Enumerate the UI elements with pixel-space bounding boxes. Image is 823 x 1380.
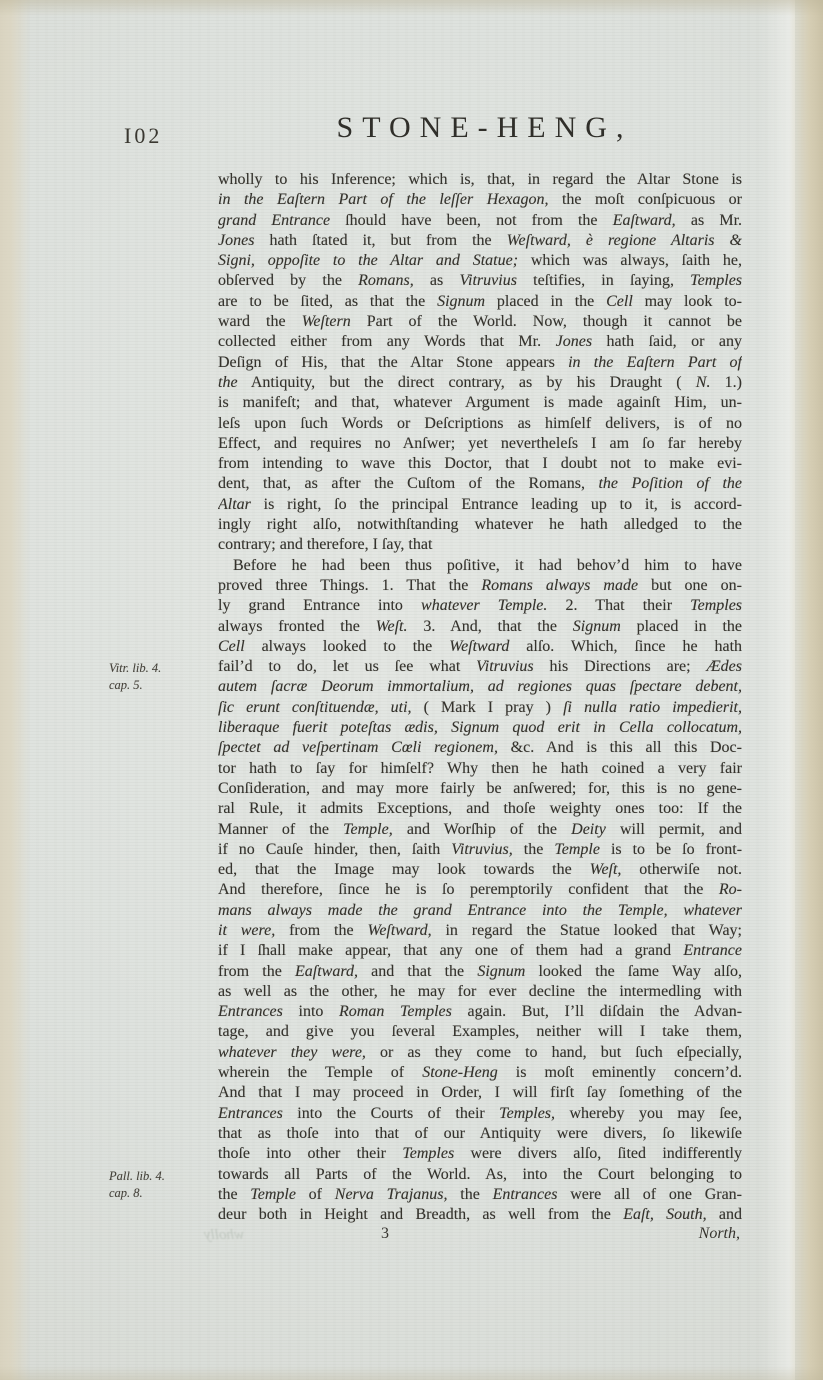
- signature-mark: 3: [381, 1225, 389, 1243]
- text-line: Conſideration, and may more fairly be an…: [218, 779, 742, 799]
- text-line: are to be ſited, as that the Signum plac…: [218, 292, 742, 312]
- page-edge-left-shading: [0, 0, 30, 1380]
- page-edge-right-shading: [789, 0, 823, 1380]
- text-line: Manner of the Temple, and Worſhip of the…: [218, 820, 742, 840]
- text-line: if I ſhall make appear, that any one of …: [218, 941, 742, 961]
- text-line: Signi, oppoſite to the Altar and Statue;…: [218, 251, 742, 271]
- text-line: from the Eaſtward, and that the Signum l…: [218, 962, 742, 982]
- text-line: wherein the Temple of Stone-Heng is moſt…: [218, 1063, 742, 1083]
- text-line: Altar is right, ſo the principal Entranc…: [218, 495, 742, 515]
- text-line: fail’d to do, let us ſee what Vitruvius …: [218, 657, 742, 677]
- text-line: that as thoſe into that of our Antiquity…: [218, 1124, 742, 1144]
- text-line: proved three Things. 1. That the Romans …: [218, 576, 742, 596]
- text-line: ward the Weſtern Part of the World. Now,…: [218, 312, 742, 332]
- text-line: as well as the other, he may for ever de…: [218, 982, 742, 1002]
- text-line: towards all Parts of the World. As, into…: [218, 1165, 742, 1185]
- text-line: ingly right alſo, notwithſtanding whatev…: [218, 515, 742, 535]
- page-edge-top-shading: [0, 0, 823, 16]
- margin-note-line: cap. 5.: [109, 677, 211, 694]
- text-line: And that I may proceed in Order, I will …: [218, 1083, 742, 1103]
- margin-note-palladio: Pall. lib. 4. cap. 8.: [109, 1168, 211, 1201]
- margin-note-line: Vitr. lib. 4.: [109, 660, 211, 677]
- margin-note-line: Pall. lib. 4.: [109, 1168, 211, 1185]
- text-line: whatever they were, or as they come to h…: [218, 1043, 742, 1063]
- text-line: the Antiquity, but the direct contrary, …: [218, 373, 742, 393]
- text-line: obſerved by the Romans, as Vitruvius teſ…: [218, 271, 742, 291]
- text-line: thoſe into other their Temples were dive…: [218, 1144, 742, 1164]
- margin-note-vitruvius: Vitr. lib. 4. cap. 5.: [109, 660, 211, 693]
- text-line: dent, that, as after the Cuſtom of the R…: [218, 474, 742, 494]
- text-line: Deſign of His, that the Altar Stone appe…: [218, 353, 742, 373]
- text-line: Jones hath ſtated it, but from the Weſtw…: [218, 231, 742, 251]
- text-line: wholly to his Inference; which is, that,…: [218, 170, 742, 190]
- text-line: mans always made the grand Entrance into…: [218, 901, 742, 921]
- text-line: always fronted the Weſt. 3. And, that th…: [218, 617, 742, 637]
- text-line: in the Eaſtern Part of the leſſer Hexago…: [218, 190, 742, 210]
- text-line: autem ſacræ Deorum immortalium, ad regio…: [218, 677, 742, 697]
- text-line: tage, and give you ſeveral Examples, nei…: [218, 1022, 742, 1042]
- text-line: Entrances into Roman Temples again. But,…: [218, 1002, 742, 1022]
- text-line: ſic erunt conſtituendæ, uti, ( Mark I pr…: [218, 698, 742, 718]
- text-line: Entrances into the Courts of their Templ…: [218, 1104, 742, 1124]
- text-line: deur both in Height and Breadth, as well…: [218, 1205, 742, 1225]
- text-line: collected either from any Words that Mr.…: [218, 332, 742, 352]
- text-line: leſs upon ſuch Words or Deſcriptions as …: [218, 414, 742, 434]
- body-text: wholly to his Inference; which is, that,…: [218, 170, 742, 1225]
- text-line: if no Cauſe hinder, then, ſaith Vitruviu…: [218, 840, 742, 860]
- text-line: contrary; and therefore, I ſay, that: [218, 535, 742, 555]
- text-line: grand Entrance ſhould have been, not fro…: [218, 211, 742, 231]
- text-line: Effect, and requires no Anſwer; yet neve…: [218, 434, 742, 454]
- text-line: Before he had been thus poſitive, it had…: [218, 556, 742, 576]
- text-line: ed, that the Image may look towards the …: [218, 860, 742, 880]
- page-title: STONE-HENG,: [218, 111, 742, 145]
- page-edge-bottom-shading: [0, 1366, 823, 1380]
- catchword: North,: [699, 1225, 740, 1243]
- text-line: is manifeſt; and that, whatever Argument…: [218, 393, 742, 413]
- page-number: I02: [124, 123, 162, 149]
- text-line: liberaque fuerit poteſtas ædis, Signum q…: [218, 718, 742, 738]
- text-line: the Temple of Nerva Trajanus, the Entran…: [218, 1185, 742, 1205]
- text-line: it were, from the Weſtward, in regard th…: [218, 921, 742, 941]
- text-line: tor hath to ſay for himſelf? Why then he…: [218, 759, 742, 779]
- text-line: ſpectet ad veſpertinam Cœli regionem, &c…: [218, 738, 742, 758]
- text-line: And therefore, ſince he is ſo peremptori…: [218, 880, 742, 900]
- text-line: ly grand Entrance into whatever Temple. …: [218, 596, 742, 616]
- page-footer: 3 North,: [218, 1225, 742, 1249]
- text-line: Cell always looked to the Weſtward alſo.…: [218, 637, 742, 657]
- text-line: ral Rule, it admits Exceptions, and thoſ…: [218, 799, 742, 819]
- margin-note-line: cap. 8.: [109, 1185, 211, 1202]
- text-line: from intending to wave this Doctor, that…: [218, 454, 742, 474]
- book-page-scan: I02 STONE-HENG, Vitr. lib. 4. cap. 5. Pa…: [0, 0, 823, 1380]
